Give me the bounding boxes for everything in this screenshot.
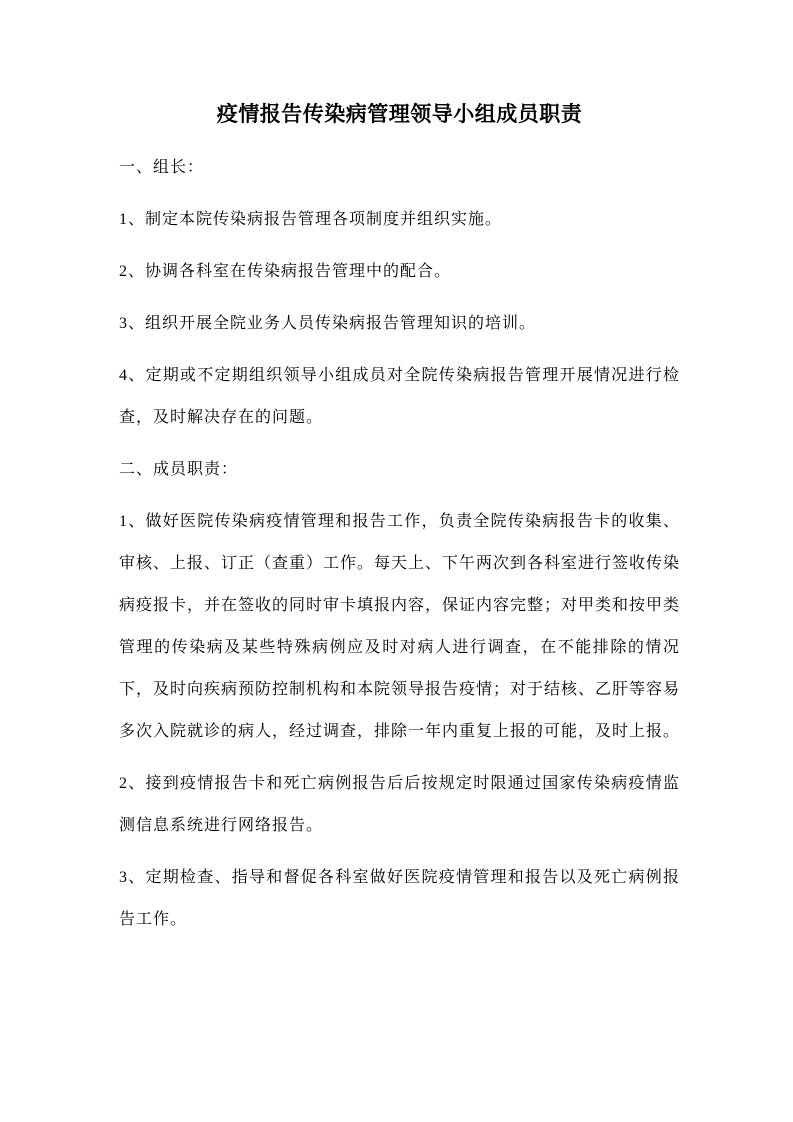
section-2-item-3: 3、定期检查、指导和督促各科室做好医院疫情管理和报告以及死亡病例报告工作。 xyxy=(119,857,680,941)
section-1-item-4: 4、定期或不定期组织领导小组成员对全院传染病报告管理开展情况进行检查，及时解决存… xyxy=(119,355,680,439)
document-page: 疫情报告传染病管理领导小组成员职责 一、组长： 1、制定本院传染病报告管理各项制… xyxy=(0,0,793,1122)
section-1-item-1: 1、制定本院传染病报告管理各项制度并组织实施。 xyxy=(119,199,680,241)
section-1-item-2: 2、协调各科室在传染病报告管理中的配合。 xyxy=(119,251,680,293)
section-2-item-2: 2、接到疫情报告卡和死亡病例报告后后按规定时限通过国家传染病疫情监测信息系统进行… xyxy=(119,763,680,847)
section-2-heading: 二、成员职责： xyxy=(119,449,680,491)
document-title: 疫情报告传染病管理领导小组成员职责 xyxy=(119,97,680,131)
section-1-item-3: 3、组织开展全院业务人员传染病报告管理知识的培训。 xyxy=(119,303,680,345)
section-1-heading: 一、组长： xyxy=(119,147,680,189)
document-content: 疫情报告传染病管理领导小组成员职责 一、组长： 1、制定本院传染病报告管理各项制… xyxy=(119,97,680,951)
section-2-item-1: 1、做好医院传染病疫情管理和报告工作，负责全院传染病报告卡的收集、审核、上报、订… xyxy=(119,501,680,753)
